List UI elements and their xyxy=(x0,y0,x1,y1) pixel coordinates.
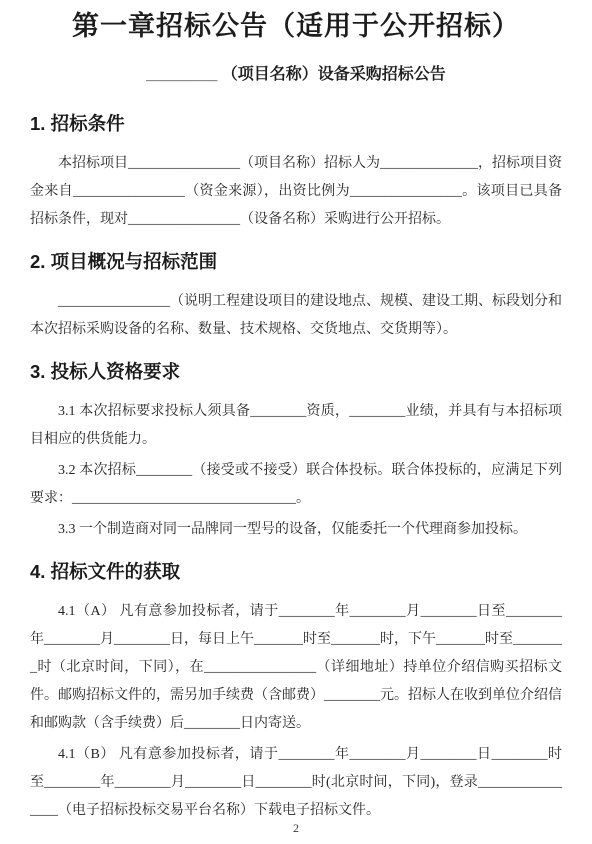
paragraph-4-1-b-download-documents: 4.1（B） 凡有意参加投标者，请于________年________月____… xyxy=(30,741,562,825)
paragraph-project-overview: ________________（说明工程建设项目的建设地点、规模、建设工期、标… xyxy=(30,288,562,344)
chapter-title: 第一章招标公告（适用于公开招标） xyxy=(30,8,562,44)
paragraph-bidding-conditions: 本招标项目________________（项目名称）招标人为_________… xyxy=(30,150,562,234)
section-bidder-qualifications: 3. 投标人资格要求 3.1 本次招标要求投标人须具备________资质，__… xyxy=(30,360,562,544)
section-heading-bidder-qualifications: 3. 投标人资格要求 xyxy=(30,360,562,384)
document-page: 第一章招标公告（适用于公开招标） ________ （项目名称）设备采购招标公告… xyxy=(0,0,592,844)
page-number: 2 xyxy=(0,821,592,836)
paragraph-4-1-a-purchase-documents: 4.1（A） 凡有意参加投标者，请于________年________月____… xyxy=(30,598,562,738)
paragraph-3-3-manufacturer-agent: 3.3 一个制造商对同一品牌同一型号的设备，仅能委托一个代理商参加投标。 xyxy=(30,516,562,544)
section-heading-bidding-conditions: 1. 招标条件 xyxy=(30,112,562,136)
section-obtaining-bid-documents: 4. 招标文件的获取 4.1（A） 凡有意参加投标者，请于________年__… xyxy=(30,560,562,825)
paragraph-3-1-qualifications: 3.1 本次招标要求投标人须具备________资质，________业绩，并具… xyxy=(30,398,562,454)
paragraph-3-2-consortium: 3.2 本次招标________（接受或不接受）联合体投标。联合体投标的，应满足… xyxy=(30,457,562,513)
document-subtitle: ________ （项目名称）设备采购招标公告 xyxy=(30,64,562,86)
section-heading-obtaining-bid-documents: 4. 招标文件的获取 xyxy=(30,560,562,584)
section-project-overview: 2. 项目概况与招标范围 ________________（说明工程建设项目的建… xyxy=(30,250,562,344)
document-body: 1. 招标条件 本招标项目________________（项目名称）招标人为_… xyxy=(30,112,562,825)
section-heading-project-overview: 2. 项目概况与招标范围 xyxy=(30,250,562,274)
section-bidding-conditions: 1. 招标条件 本招标项目________________（项目名称）招标人为_… xyxy=(30,112,562,234)
